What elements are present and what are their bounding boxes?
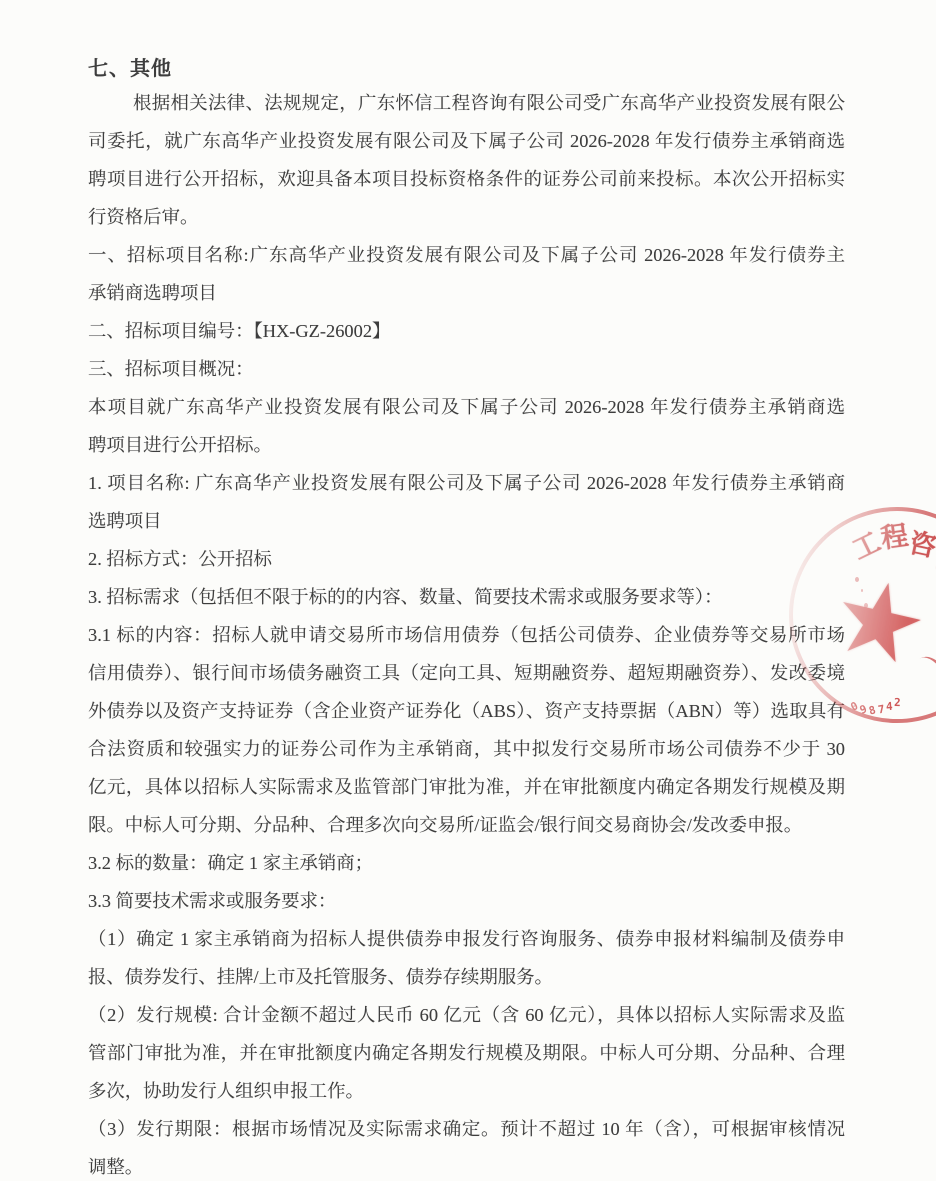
doc-line: 信用债券）、银行间市场债务融资工具（定向工具、短期融资券、超短期融资券）、发改委…	[88, 654, 845, 692]
seal-serial-digit: 9	[858, 703, 868, 716]
document-body: 七、其他 根据相关法律、法规规定，广东怀信工程咨询有限公司受广东高华产业投资发展…	[88, 54, 845, 1181]
doc-line: 1. 项目名称: 广东高华产业投资发展有限公司及下属子公司 2026-2028 …	[88, 464, 845, 502]
seal-ink-specks	[855, 577, 859, 582]
seal-serial-digit: 2	[894, 697, 901, 708]
doc-line: （3）发行期限：根据市场情况及实际需求确定。预计不超过 10 年（含），可根据审…	[88, 1110, 845, 1148]
seal-serial-digit: 7	[877, 704, 885, 716]
seal-arc-char: 咨	[906, 529, 936, 561]
seal-inner-curve	[908, 650, 936, 701]
doc-line: 一、招标项目名称:广东高华产业投资发展有限公司及下属子公司 2026-2028 …	[88, 236, 845, 274]
doc-line: 2. 招标方式：公开招标	[88, 540, 845, 578]
seal-serial-digit: 0	[849, 700, 860, 713]
seal-arc-char: 工	[848, 528, 884, 564]
doc-line: 二、招标项目编号：【HX-GZ-26002】	[88, 312, 845, 350]
seal-arc-char: 程	[879, 522, 909, 552]
doc-line: 多次，协助发行人组织申报工作。	[88, 1072, 845, 1110]
doc-line: 管部门审批为准，并在审批额度内确定各期发行规模及期限。中标人可分期、分品种、合理	[88, 1034, 845, 1072]
doc-line: 行资格后审。	[88, 198, 845, 236]
scanned-tender-document-page: { "page": { "background": "#fcfcfa", "te…	[0, 0, 936, 1181]
doc-line: 根据相关法律、法规规定，广东怀信工程咨询有限公司受广东高华产业投资发展有限公	[88, 84, 845, 122]
doc-line: （1）确定 1 家主承销商为招标人提供债券申报发行咨询服务、债券申报材料编制及债…	[88, 920, 845, 958]
doc-line: 承销商选聘项目	[88, 274, 845, 312]
doc-line: 三、招标项目概况：	[88, 350, 845, 388]
doc-line: 3.2 标的数量：确定 1 家主承销商；	[88, 844, 845, 882]
doc-line: 限。中标人可分期、分品种、合理多次向交易所/证监会/银行间交易商协会/发改委申报…	[88, 806, 845, 844]
doc-line: 亿元，具体以招标人实际需求及监管部门审批为准，并在审批额度内确定各期发行规模及期	[88, 768, 845, 806]
doc-line: 聘项目进行公开招标，欢迎具备本项目投标资格条件的证券公司前来投标。本次公开招标实	[88, 160, 845, 198]
doc-line: 合法资质和较强实力的证券公司作为主承销商，其中拟发行交易所市场公司债券不少于 3…	[88, 730, 845, 768]
doc-line: 报、债券发行、挂牌/上市及托管服务、债券存续期服务。	[88, 958, 845, 996]
doc-line: 司委托，就广东高华产业投资发展有限公司及下属子公司 2026-2028 年发行债…	[88, 122, 845, 160]
seal-arc-char-partial: 询	[930, 546, 936, 583]
doc-line: 3.1 标的内容：招标人就申请交易所市场信用债券（包括公司债券、企业债券等交易所…	[88, 616, 845, 654]
doc-line: （2）发行规模: 合计金额不超过人民币 60 亿元（含 60 亿元），具体以招标…	[88, 996, 845, 1034]
section-heading: 七、其他	[88, 54, 845, 84]
doc-line: 外债券以及资产支持证券（含企业资产证券化（ABS）、资产支持票据（ABN）等）选…	[88, 692, 845, 730]
doc-line: 3.3 简要技术需求或服务要求：	[88, 882, 845, 920]
doc-line: 选聘项目	[88, 502, 845, 540]
seal-serial-digit: 4	[886, 701, 893, 712]
doc-line: 调整。	[88, 1148, 845, 1181]
doc-line: 聘项目进行公开招标。	[88, 426, 845, 464]
doc-line: 本项目就广东高华产业投资发展有限公司及下属子公司 2026-2028 年发行债券…	[88, 388, 845, 426]
seal-serial-digit: 8	[868, 704, 877, 716]
doc-line: 3. 招标需求（包括但不限于标的的内容、数量、简要技术需求或服务要求等）：	[88, 578, 845, 616]
